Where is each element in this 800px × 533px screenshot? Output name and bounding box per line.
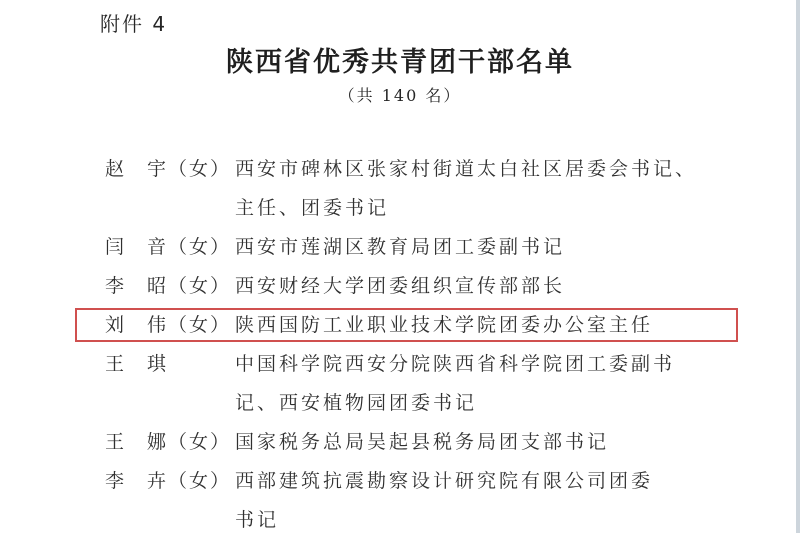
- position-line: 西安市碑林区张家村街道太白社区居委会书记、: [235, 150, 725, 189]
- attachment-label: 附件 4: [100, 8, 167, 37]
- position-line: 国家税务总局吴起县税务局团支部书记: [235, 423, 725, 462]
- position-line: 陕西国防工业职业技术学院团委办公室主任: [235, 306, 725, 345]
- cadre-name: 闫 音（女）: [105, 228, 235, 267]
- roster-entry: 赵 宇（女） 西安市碑林区张家村街道太白社区居委会书记、主任、团委书记: [105, 150, 725, 228]
- page-edge-strip: [796, 0, 800, 533]
- cadre-position: 中国科学院西安分院陕西省科学院团工委副书记、西安植物园团委书记: [235, 345, 725, 423]
- cadre-name: 李 卉（女）: [105, 462, 235, 501]
- cadre-name: 刘 伟（女）: [105, 306, 235, 345]
- cadre-position: 国家税务总局吴起县税务局团支部书记: [235, 423, 725, 462]
- position-line: 西安财经大学团委组织宣传部部长: [235, 267, 725, 306]
- roster-entry: 李 卉（女） 西部建筑抗震勘察设计研究院有限公司团委书记: [105, 462, 725, 533]
- cadre-position: 西安财经大学团委组织宣传部部长: [235, 267, 725, 306]
- page-title: 陕西省优秀共青团干部名单: [0, 40, 800, 79]
- page-subtitle: （共 140 名）: [0, 83, 800, 106]
- document-page: 附件 4 陕西省优秀共青团干部名单 （共 140 名） 赵 宇（女） 西安市碑林…: [0, 0, 800, 533]
- position-line: 西安市莲湖区教育局团工委副书记: [235, 228, 725, 267]
- roster-entry: 闫 音（女） 西安市莲湖区教育局团工委副书记: [105, 228, 725, 267]
- position-line: 中国科学院西安分院陕西省科学院团工委副书: [235, 345, 725, 384]
- roster-entry: 李 昭（女） 西安财经大学团委组织宣传部部长: [105, 267, 725, 306]
- cadre-position: 西安市莲湖区教育局团工委副书记: [235, 228, 725, 267]
- position-line: 记、西安植物园团委书记: [235, 384, 725, 423]
- cadre-position: 陕西国防工业职业技术学院团委办公室主任: [235, 306, 725, 345]
- roster-entry: 王 娜（女） 国家税务总局吴起县税务局团支部书记: [105, 423, 725, 462]
- cadre-name: 王 琪: [105, 345, 235, 384]
- roster-entry: 王 琪 中国科学院西安分院陕西省科学院团工委副书记、西安植物园团委书记: [105, 345, 725, 423]
- cadre-position: 西安市碑林区张家村街道太白社区居委会书记、主任、团委书记: [235, 150, 725, 228]
- roster-entry-highlighted: 刘 伟（女） 陕西国防工业职业技术学院团委办公室主任: [105, 306, 725, 345]
- position-line: 主任、团委书记: [235, 189, 725, 228]
- roster-list: 赵 宇（女） 西安市碑林区张家村街道太白社区居委会书记、主任、团委书记 闫 音（…: [105, 150, 725, 533]
- cadre-position: 西部建筑抗震勘察设计研究院有限公司团委书记: [235, 462, 725, 533]
- cadre-name: 赵 宇（女）: [105, 150, 235, 189]
- cadre-name: 李 昭（女）: [105, 267, 235, 306]
- position-line: 书记: [235, 501, 725, 533]
- cadre-name: 王 娜（女）: [105, 423, 235, 462]
- position-line: 西部建筑抗震勘察设计研究院有限公司团委: [235, 462, 725, 501]
